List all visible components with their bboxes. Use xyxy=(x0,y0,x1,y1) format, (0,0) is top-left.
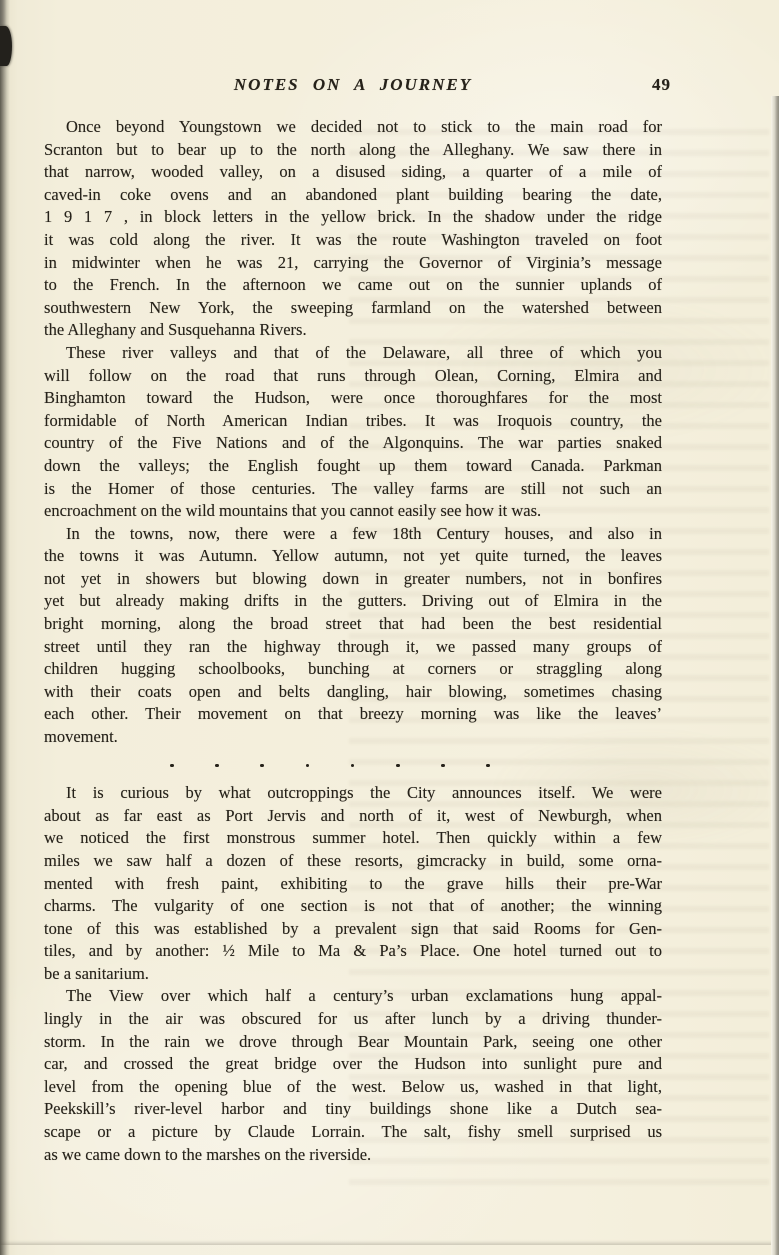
text-line: we noticed the first monstrous summer ho… xyxy=(44,827,662,850)
separator-dot xyxy=(486,764,490,768)
separator-dot xyxy=(441,764,445,768)
page-number: 49 xyxy=(652,74,671,96)
text-line: each other. Their movement on that breez… xyxy=(44,703,662,726)
text-line: with their coats open and belts dangling… xyxy=(44,681,662,704)
text-line: not yet in showers but blowing down in g… xyxy=(44,568,662,591)
text-line: miles we saw half a dozen of these resor… xyxy=(44,850,662,873)
text-line: as we came down to the marshes on the ri… xyxy=(44,1144,662,1167)
separator-dot xyxy=(396,764,400,768)
text-line: tiles, and by another: ½ Mile to Ma & Pa… xyxy=(44,940,662,963)
text-line: scape or a picture by Claude Lorrain. Th… xyxy=(44,1121,662,1144)
text-line: movement. xyxy=(44,726,662,749)
paragraph-4: It is curious by what outcroppings the C… xyxy=(44,782,662,985)
text-line: The View over which half a century’s urb… xyxy=(44,985,662,1008)
text-line: encroachment on the wild mountains that … xyxy=(44,500,662,523)
text-line: caved-in coke ovens and an abandoned pla… xyxy=(44,184,662,207)
text-line: country of the Five Nations and of the A… xyxy=(44,432,662,455)
text-line: to the French. In the afternoon we came … xyxy=(44,274,662,297)
paragraph-5: The View over which half a century’s urb… xyxy=(44,985,662,1166)
running-head-title: NOTES ON A JOURNEY xyxy=(44,74,662,96)
separator-dots xyxy=(170,764,490,768)
text-line: mented with fresh paint, exhibiting to t… xyxy=(44,873,662,896)
text-line: about as far east as Port Jervis and nor… xyxy=(44,805,662,828)
text-line: in midwinter when he was 21, carrying th… xyxy=(44,252,662,275)
separator-dot xyxy=(260,764,264,768)
gutter-corner-wedge xyxy=(0,26,12,66)
text-line: that narrow, wooded valley, on a disused… xyxy=(44,161,662,184)
separator-dot xyxy=(306,764,310,768)
right-page-edge xyxy=(771,96,779,1255)
text-line: the Alleghany and Susquehanna Rivers. xyxy=(44,319,662,342)
separator-dot xyxy=(215,764,219,768)
bottom-page-edge xyxy=(0,1245,779,1255)
text-line: car, and crossed the great bridge over t… xyxy=(44,1053,662,1076)
separator-dot xyxy=(351,764,355,768)
text-line: it was cold along the river. It was the … xyxy=(44,229,662,252)
text-line: southwestern New York, the sweeping farm… xyxy=(44,297,662,320)
text-line: 1 9 1 7 , in block letters in the yellow… xyxy=(44,206,662,229)
section-separator xyxy=(44,749,662,783)
text-line: the towns it was Autumn. Yellow autumn, … xyxy=(44,545,662,568)
text-line: It is curious by what outcroppings the C… xyxy=(44,782,662,805)
text-line: Binghamton toward the Hudson, were once … xyxy=(44,387,662,410)
text-line: yet but already making drifts in the gut… xyxy=(44,590,662,613)
book-page: NOTES ON A JOURNEY 49 Once beyond Youngs… xyxy=(0,0,779,1255)
text-line: lingly in the air was obscured for us af… xyxy=(44,1008,662,1031)
text-line: bright morning, along the broad street t… xyxy=(44,613,662,636)
text-line: tone of this was established by a preval… xyxy=(44,918,662,941)
text-line: children hugging schoolbooks, bunching a… xyxy=(44,658,662,681)
text-column: Once beyond Youngstown we decided not to… xyxy=(44,116,662,1166)
text-line: formidable of North American Indian trib… xyxy=(44,410,662,433)
text-line: Scranton but to bear up to the north alo… xyxy=(44,139,662,162)
text-line: In the towns, now, there were a few 18th… xyxy=(44,523,662,546)
text-line: is the Homer of those centuries. The val… xyxy=(44,478,662,501)
text-line: These river valleys and that of the Dela… xyxy=(44,342,662,365)
page-header: NOTES ON A JOURNEY 49 xyxy=(44,74,662,96)
text-line: charms. The vulgarity of one section is … xyxy=(44,895,662,918)
text-line: level from the opening blue of the west.… xyxy=(44,1076,662,1099)
text-line: be a sanitarium. xyxy=(44,963,662,986)
text-line: Peekskill’s river-level harbor and tiny … xyxy=(44,1098,662,1121)
gutter-shadow xyxy=(0,0,10,1255)
text-line: will follow on the road that runs throug… xyxy=(44,365,662,388)
text-line: storm. In the rain we drove through Bear… xyxy=(44,1031,662,1054)
paragraph-1: Once beyond Youngstown we decided not to… xyxy=(44,116,662,342)
paragraph-2: These river valleys and that of the Dela… xyxy=(44,342,662,523)
text-line: down the valleys; the English fought up … xyxy=(44,455,662,478)
text-line: Once beyond Youngstown we decided not to… xyxy=(44,116,662,139)
text-line: street until they ran the highway throug… xyxy=(44,636,662,659)
paragraph-3: In the towns, now, there were a few 18th… xyxy=(44,523,662,749)
separator-dot xyxy=(170,764,174,768)
